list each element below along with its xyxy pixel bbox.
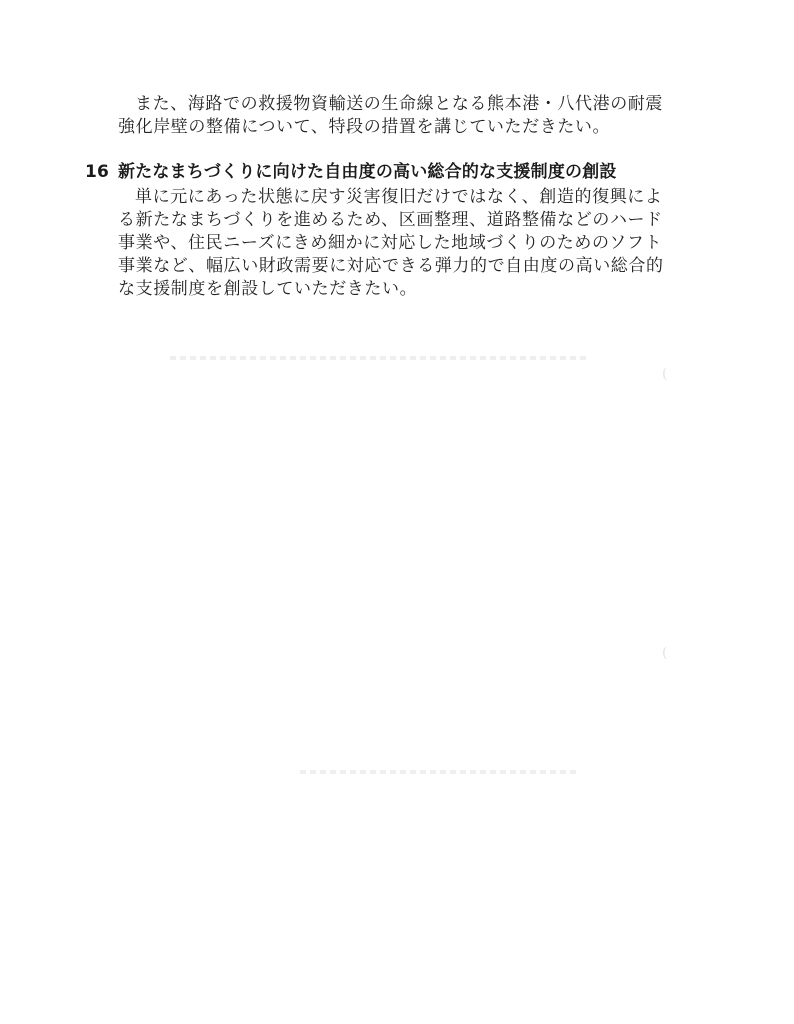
section-body-line-3: 事業や、住民ニーズにきめ細かに対応した地域づくりのためのソフト	[118, 232, 638, 255]
intro-line-1: また、海路での救援物資輸送の生命線となる熊本港・八代港の耐震	[118, 93, 638, 116]
section-number: 16	[85, 160, 118, 184]
section-body-line-2: る新たなまちづくりを進めるため、区画整理、道路整備などのハード	[118, 209, 638, 232]
intro-line-2: 強化岸壁の整備について、特段の措置を講じていただきたい。	[118, 116, 638, 139]
section-title: 新たなまちづくりに向けた自由度の高い総合的な支援制度の創設	[118, 162, 617, 182]
bleed-through-line	[170, 356, 590, 360]
margin-mark: (	[662, 645, 667, 661]
section-body-line-5: な支援制度を創設していただきたい。	[118, 278, 638, 301]
section-body-line-4: 事業など、幅広い財政需要に対応できる弾力的で自由度の高い総合的	[118, 255, 638, 278]
section-body-line-1: 単に元にあった状態に戻す災害復旧だけではなく、創造的復興によ	[118, 186, 638, 209]
section-heading: 16新たなまちづくりに向けた自由度の高い総合的な支援制度の創設	[85, 160, 645, 184]
bleed-through-line	[300, 770, 580, 774]
document-page: また、海路での救援物資輸送の生命線となる熊本港・八代港の耐震 強化岸壁の整備につ…	[0, 0, 794, 1024]
section-body: 単に元にあった状態に戻す災害復旧だけではなく、創造的復興によ る新たなまちづくり…	[118, 186, 638, 301]
intro-paragraph: また、海路での救援物資輸送の生命線となる熊本港・八代港の耐震 強化岸壁の整備につ…	[118, 93, 638, 139]
margin-mark: (	[662, 366, 667, 382]
